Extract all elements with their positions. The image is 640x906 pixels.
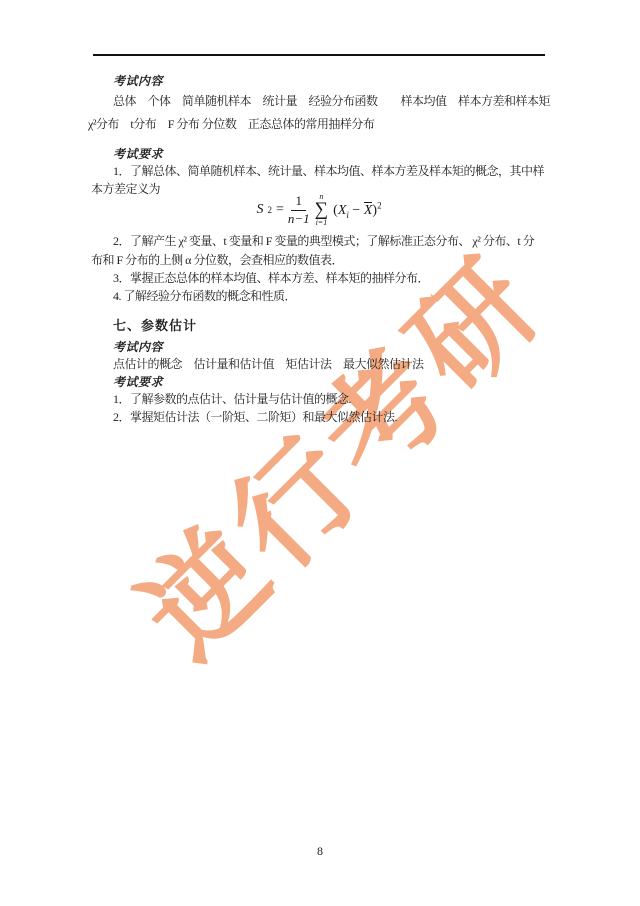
requirement-2-line-1: 2．了解产生 χ² 变量、t 变量和 F 变量的典型模式；了解标准正态分布、 χ… (113, 233, 534, 249)
exam-requirements-heading-stats: 考试要求 (113, 146, 163, 162)
formula-lhs: S (256, 202, 263, 218)
page-content: 考试内容 总体 个体 简单随机样本 统计量 经验分布函数 样本均值 样本方差和样… (0, 0, 640, 906)
formula-equals: = (276, 202, 284, 218)
exam-content-heading-stats: 考试内容 (113, 73, 163, 89)
content-topics-line-2: χ²分布 t分布 F 分布 分位数 正态总体的常用抽样分布 (88, 116, 374, 132)
requirement-2-line-2: 布和 F 分布的上侧 α 分位数，会查相应的数值表． (91, 252, 343, 268)
sample-variance-formula: S2 = 1 n−1 n ∑ i=1 (Xi − X)2 (91, 191, 547, 229)
requirement-4: 4. 了解经验分布函数的概念和性质． (113, 288, 296, 304)
formula-power: 2 (377, 200, 382, 210)
requirement-3: 3．掌握正态总体的样本均值、样本方差、样本矩的抽样分布． (113, 270, 429, 286)
fraction-numerator: 1 (291, 194, 306, 210)
fraction-denominator: n−1 (288, 211, 310, 226)
sigma-glyph: ∑ (315, 201, 329, 219)
minus-sign: − (352, 203, 360, 218)
estimation-topics-line: 点估计的概念 估计量和估计值 矩估计法 最大似然估计法 (113, 356, 424, 372)
sample-variable-subscript: i (346, 209, 349, 219)
content-topics-line-1: 总体 个体 简单随机样本 统计量 经验分布函数 样本均值 样本方差和样本矩 (113, 93, 550, 109)
sum-lower-limit: i=1 (316, 219, 328, 227)
estimation-requirement-2: 2．掌握矩估计法（一阶矩、二阶矩）和最大似然估计法. (113, 409, 397, 425)
section-7-title: 七、参数估计 (113, 318, 197, 334)
exam-content-heading-estimation: 考试内容 (113, 339, 163, 355)
formula-fraction: 1 n−1 (288, 194, 310, 226)
estimation-requirement-1: 1．了解参数的点估计、估计量与估计值的概念. (113, 391, 351, 407)
exam-requirements-heading-estimation: 考试要求 (113, 374, 163, 390)
document-page: 逆行考研 考试内容 总体 个体 简单随机样本 统计量 经验分布函数 样本均值 样… (0, 0, 640, 906)
requirement-1-line-1: 1．了解总体、简单随机样本、统计量、样本均值、样本方差及样本矩的概念，其中样 (113, 163, 544, 179)
summation-symbol: n ∑ i=1 (315, 193, 329, 227)
formula-expression: (Xi − X)2 (333, 202, 381, 219)
